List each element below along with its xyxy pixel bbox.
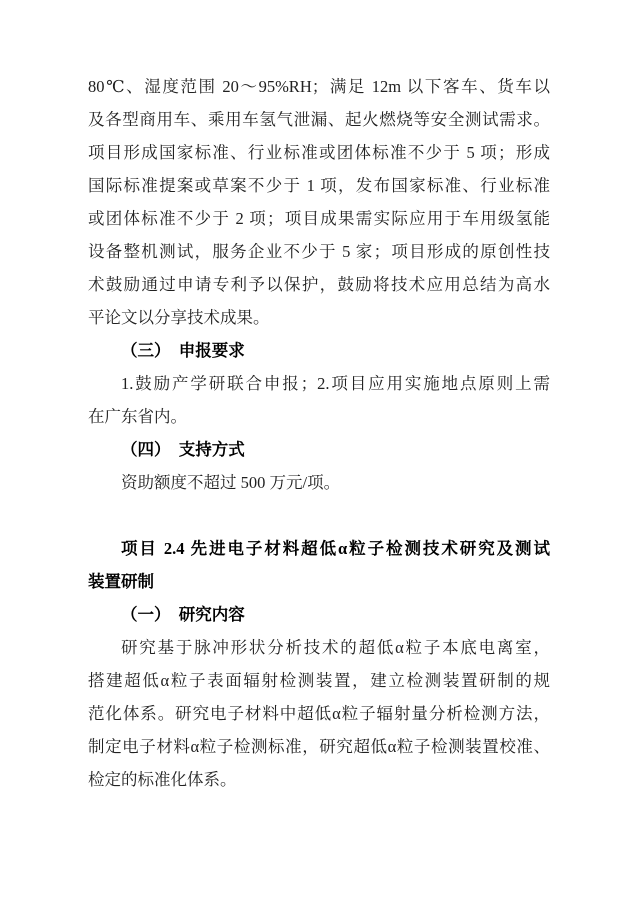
text-line: 范化体系。研究电子材料中超低α粒子辐射量分析检测方法， <box>88 697 550 730</box>
text-line: 平论文以分享技术成果。 <box>88 301 550 334</box>
section-heading: （四） 支持方式 <box>88 433 550 466</box>
section-heading: 装置研制 <box>88 565 550 598</box>
text-line: 项目形成国家标准、行业标准或团体标准不少于 5 项；形成 <box>88 136 550 169</box>
text-line: 1.鼓励产学研联合申报；2.项目应用实施地点原则上需 <box>88 367 550 400</box>
text-line: 80℃、湿度范围 20～95%RH；满足 12m 以下客车、货车以 <box>88 70 550 103</box>
section-heading: （三） 申报要求 <box>88 334 550 367</box>
text-line: 设备整机测试，服务企业不少于 5 家；项目形成的原创性技 <box>88 235 550 268</box>
text-line: 制定电子材料α粒子检测标准，研究超低α粒子检测装置校准、 <box>88 730 550 763</box>
blank-line <box>88 499 550 532</box>
text-line: 在广东省内。 <box>88 400 550 433</box>
section-heading: 项目 2.4 先进电子材料超低α粒子检测技术研究及测试 <box>88 532 550 565</box>
text-line: 研究基于脉冲形状分析技术的超低α粒子本底电离室， <box>88 631 550 664</box>
text-line: 检定的标准化体系。 <box>88 763 550 796</box>
text-line: 资助额度不超过 500 万元/项。 <box>88 466 550 499</box>
text-line: 及各型商用车、乘用车氢气泄漏、起火燃烧等安全测试需求。 <box>88 103 550 136</box>
text-line: 或团体标准不少于 2 项；项目成果需实际应用于车用级氢能 <box>88 202 550 235</box>
text-line: 国际标准提案或草案不少于 1 项，发布国家标准、行业标准 <box>88 169 550 202</box>
section-heading: （一） 研究内容 <box>88 598 550 631</box>
document-page: 80℃、湿度范围 20～95%RH；满足 12m 以下客车、货车以及各型商用车、… <box>0 0 640 905</box>
text-line: 搭建超低α粒子表面辐射检测装置，建立检测装置研制的规 <box>88 664 550 697</box>
text-line: 术鼓励通过申请专利予以保护，鼓励将技术应用总结为高水 <box>88 268 550 301</box>
